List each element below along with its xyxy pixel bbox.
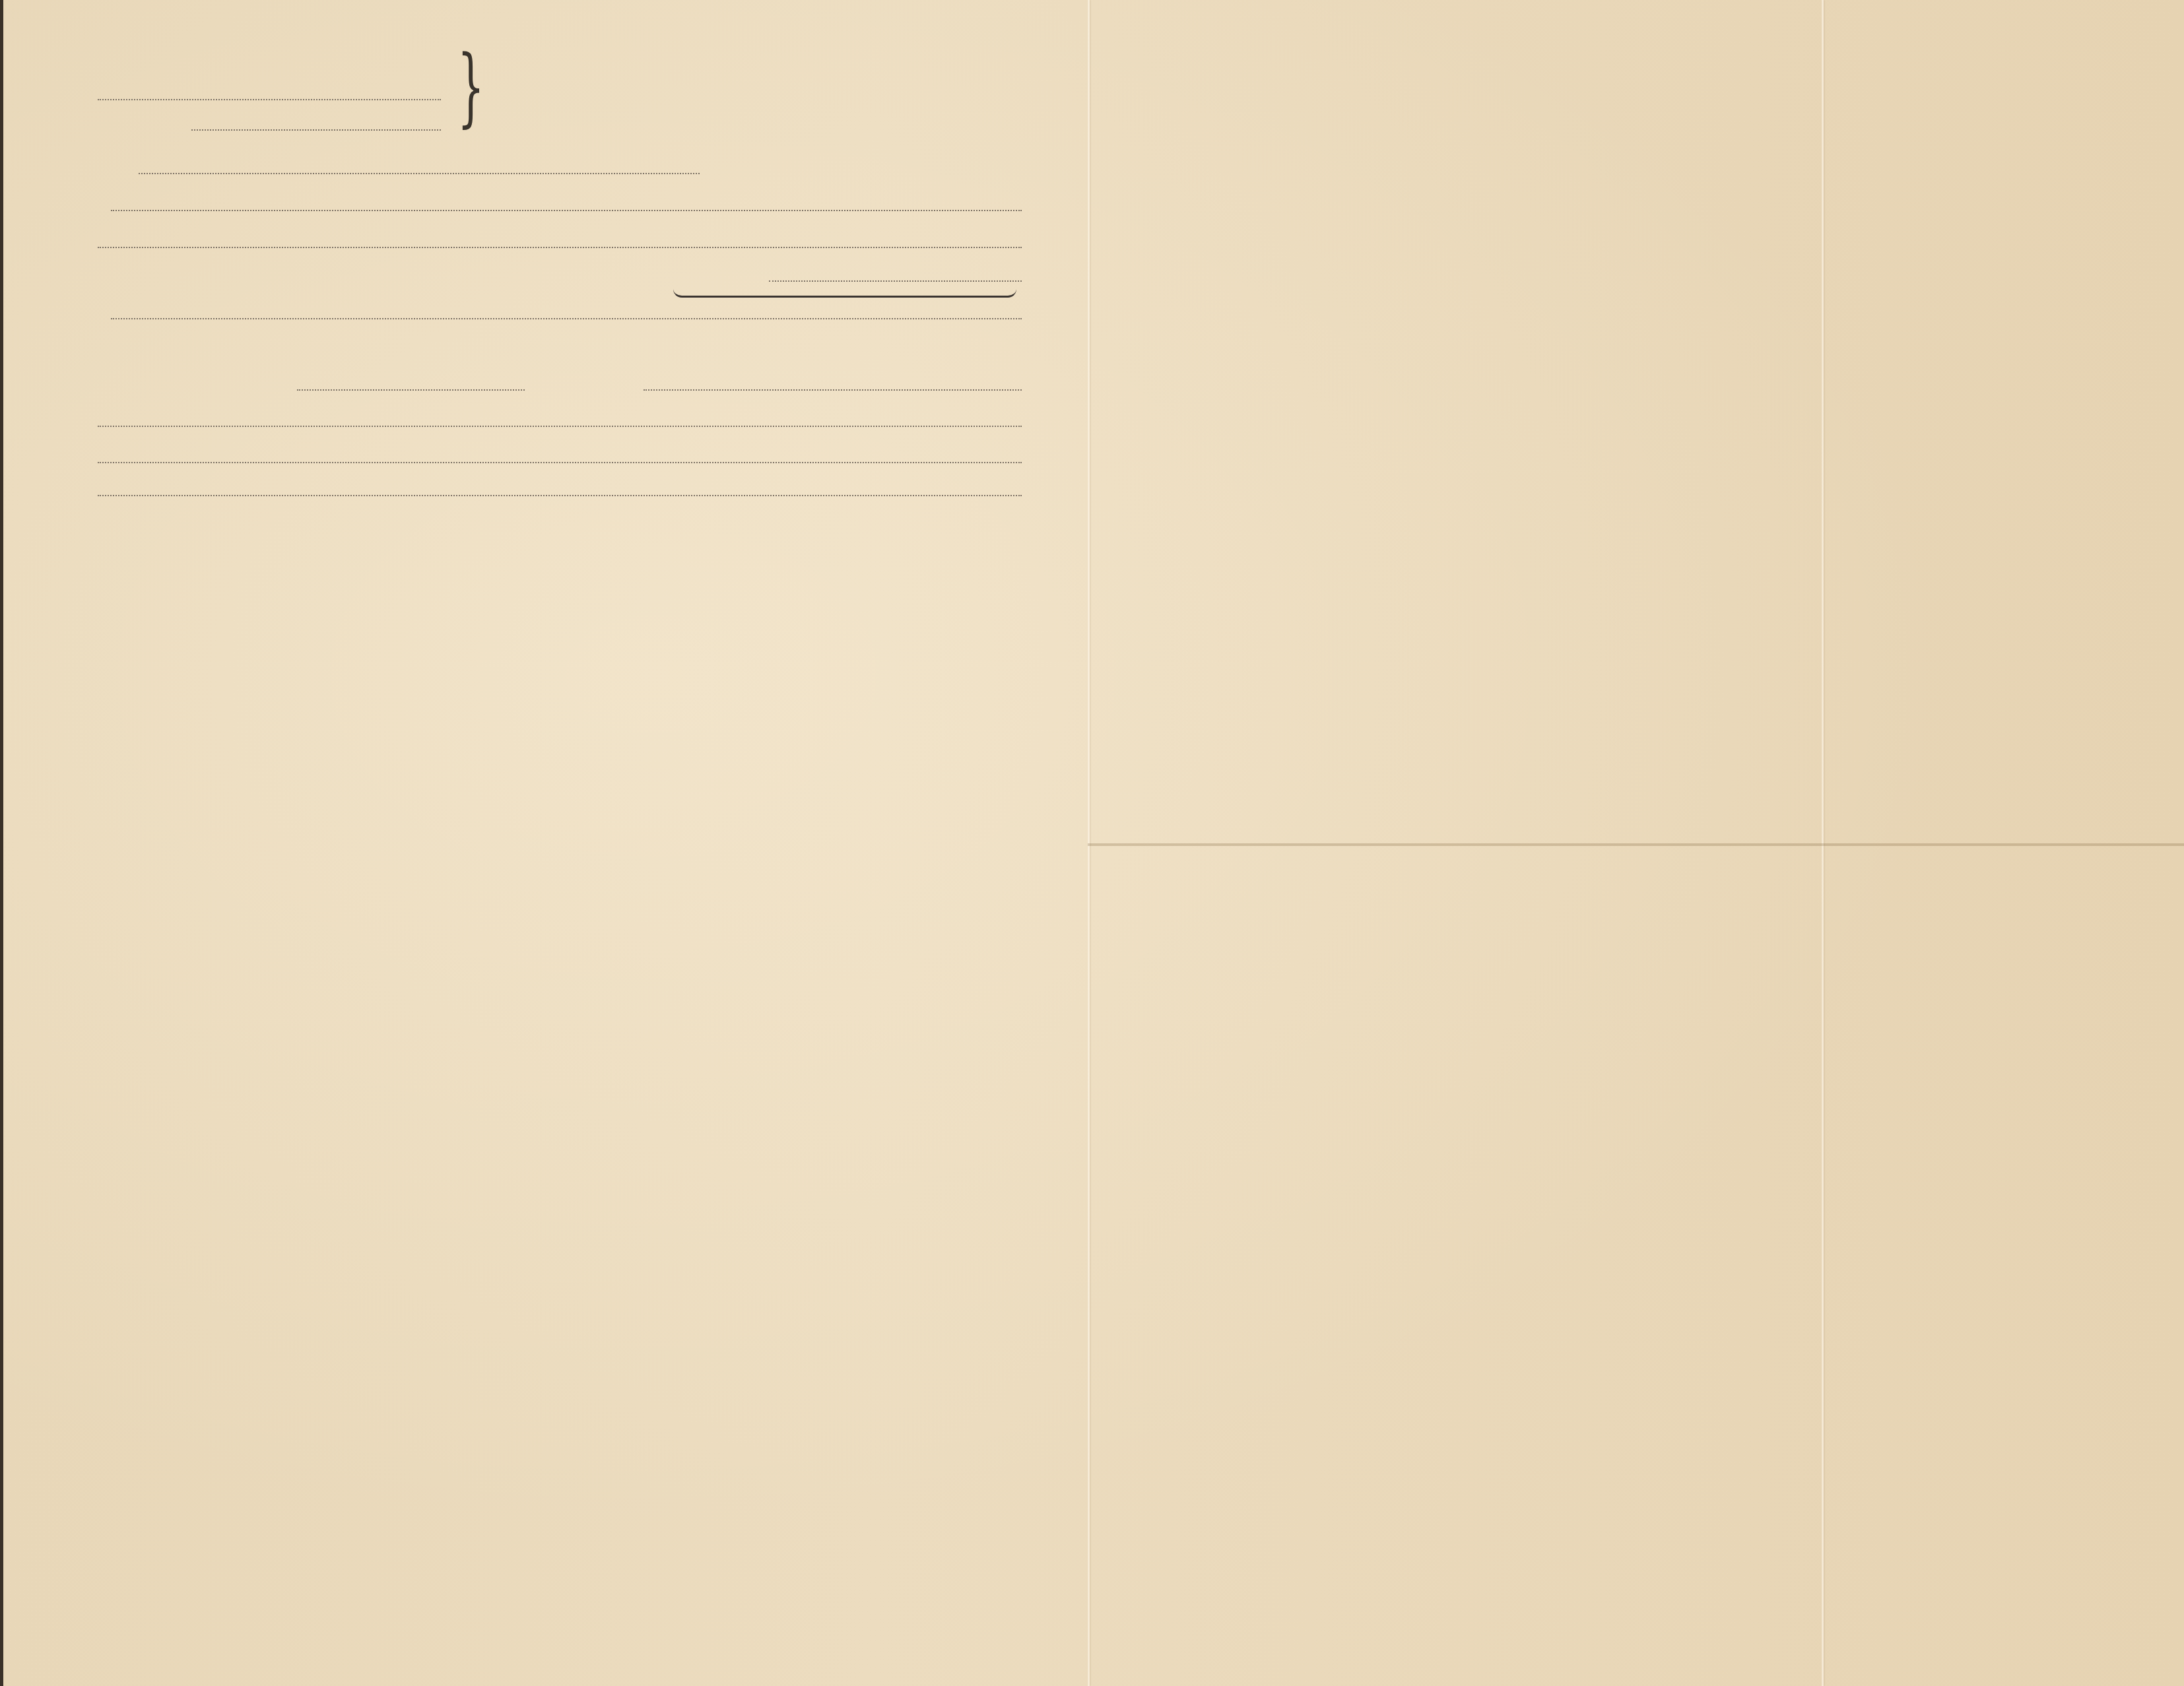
dotted-line	[191, 129, 441, 131]
dotted-line	[111, 210, 1022, 211]
dotted-line	[98, 247, 1022, 248]
dotted-line	[98, 426, 1022, 427]
dotted-line	[139, 173, 700, 174]
dotted-line	[111, 318, 1022, 319]
dotted-line	[769, 280, 1022, 282]
horizontal-fold	[1088, 843, 2184, 846]
dotted-line	[644, 389, 1022, 391]
dotted-line	[297, 389, 525, 391]
dotted-line	[98, 99, 441, 100]
dotted-line	[98, 462, 1022, 463]
brace: }	[457, 44, 484, 129]
dotted-line	[98, 495, 1022, 496]
page-edge	[0, 0, 3, 1686]
document-sheet: }	[0, 0, 2184, 1686]
amount-fill-flourish	[673, 289, 1016, 298]
